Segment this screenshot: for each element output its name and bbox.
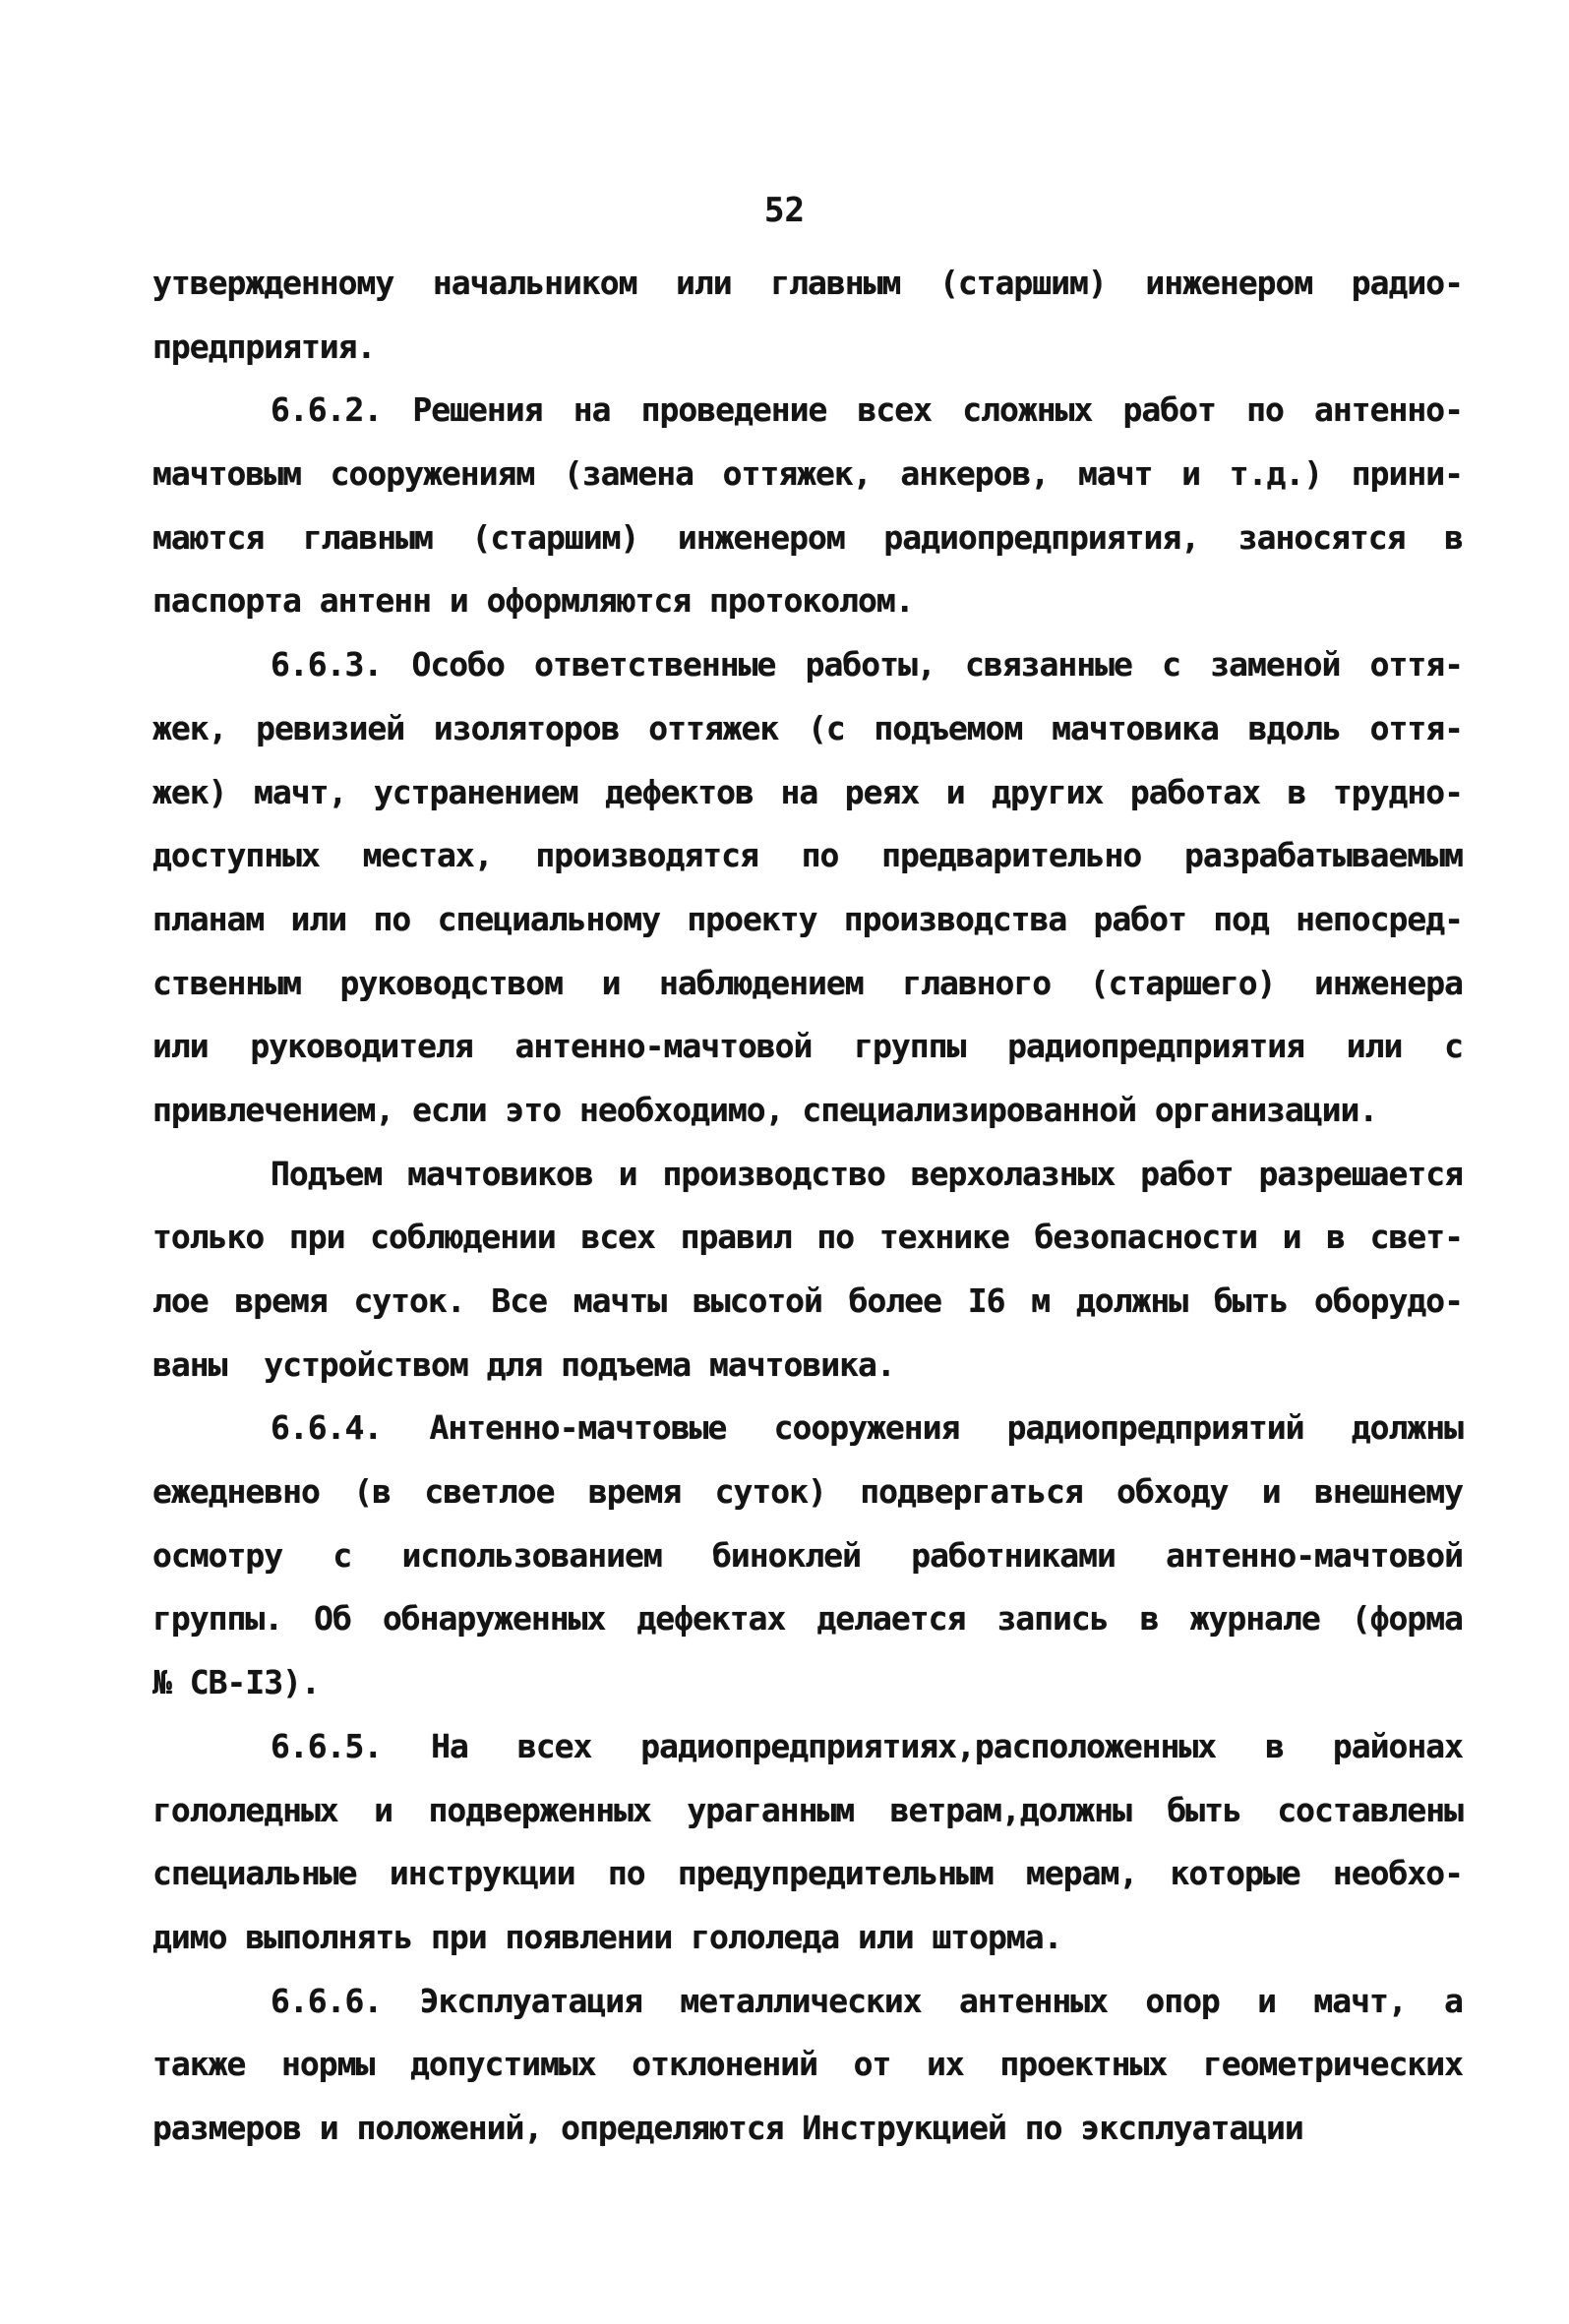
text-line: ежедневно (в светлое время суток) подвер…: [152, 1460, 1463, 1524]
paragraph-6-6-6: 6.6.6. Эксплуатация металлических антенн…: [152, 1970, 1463, 2161]
text-line: группы. Об обнаруженных дефектах делаетс…: [152, 1587, 1463, 1651]
text-line: доступных местах, производятся по предва…: [152, 824, 1463, 888]
text-line: паспорта антенн и оформляются протоколом…: [152, 569, 1463, 633]
text-line: или руководителя антенно-мачтовой группы…: [152, 1015, 1463, 1079]
text-line: гололедных и подверженных ураганным ветр…: [152, 1779, 1463, 1843]
text-line: мачтовым сооружениям (замена оттяжек, ан…: [152, 443, 1463, 507]
text-line: только при соблюдении всех правил по тех…: [152, 1206, 1463, 1270]
text-line: планам или по специальному проекту произ…: [152, 888, 1463, 952]
paragraph-mast-climbing: Подъем мачтовиков и производство верхола…: [152, 1143, 1463, 1398]
paragraph-6-6-3: 6.6.3. Особо ответственные работы, связа…: [152, 633, 1463, 1143]
text-line: жек, ревизией изоляторов оттяжек (с подъ…: [152, 697, 1463, 761]
text-line: № СВ-I3).: [152, 1651, 1463, 1715]
text-line: лое время суток. Все мачты высотой более…: [152, 1270, 1463, 1334]
text-line: жек) мачт, устранением дефектов на реях …: [152, 761, 1463, 825]
text-line: Подъем мачтовиков и производство верхола…: [152, 1143, 1463, 1207]
text-line: маются главным (старшим) инженером радио…: [152, 507, 1463, 570]
document-content: утвержденному начальником или главным (с…: [152, 252, 1463, 2161]
text-line: димо выполнять при появлении гололеда ил…: [152, 1906, 1463, 1970]
text-line: 6.6.6. Эксплуатация металлических антенн…: [152, 1970, 1463, 2034]
text-line: размеров и положений, определяются Инстр…: [152, 2097, 1463, 2161]
text-line: предприятия.: [152, 316, 1463, 380]
text-line: ственным руководством и наблюдением глав…: [152, 952, 1463, 1016]
scanned-document-page: 52 утвержденному начальником или главным…: [0, 0, 1569, 2324]
paragraph-6-6-2: 6.6.2. Решения на проведение всех сложны…: [152, 379, 1463, 633]
text-line: 6.6.3. Особо ответственные работы, связа…: [152, 633, 1463, 697]
text-line: привлечением, если это необходимо, специ…: [152, 1079, 1463, 1143]
text-line: утвержденному начальником или главным (с…: [152, 252, 1463, 316]
text-line: специальные инструкции по предупредитель…: [152, 1842, 1463, 1906]
text-line: осмотру с использованием биноклей работн…: [152, 1524, 1463, 1588]
paragraph-6-6-4: 6.6.4. Антенно-мачтовые сооружения радио…: [152, 1397, 1463, 1714]
paragraph-continuation: утвержденному начальником или главным (с…: [152, 252, 1463, 379]
text-line: также нормы допустимых отклонений от их …: [152, 2033, 1463, 2097]
paragraph-6-6-5: 6.6.5. На всех радиопредприятиях,располо…: [152, 1715, 1463, 1970]
text-line: 6.6.2. Решения на проведение всех сложны…: [152, 379, 1463, 443]
text-line: 6.6.5. На всех радиопредприятиях,располо…: [152, 1715, 1463, 1779]
page-number: 52: [0, 189, 1569, 232]
text-line: 6.6.4. Антенно-мачтовые сооружения радио…: [152, 1397, 1463, 1460]
text-line: ваны устройством для подъема мачтовика.: [152, 1334, 1463, 1398]
